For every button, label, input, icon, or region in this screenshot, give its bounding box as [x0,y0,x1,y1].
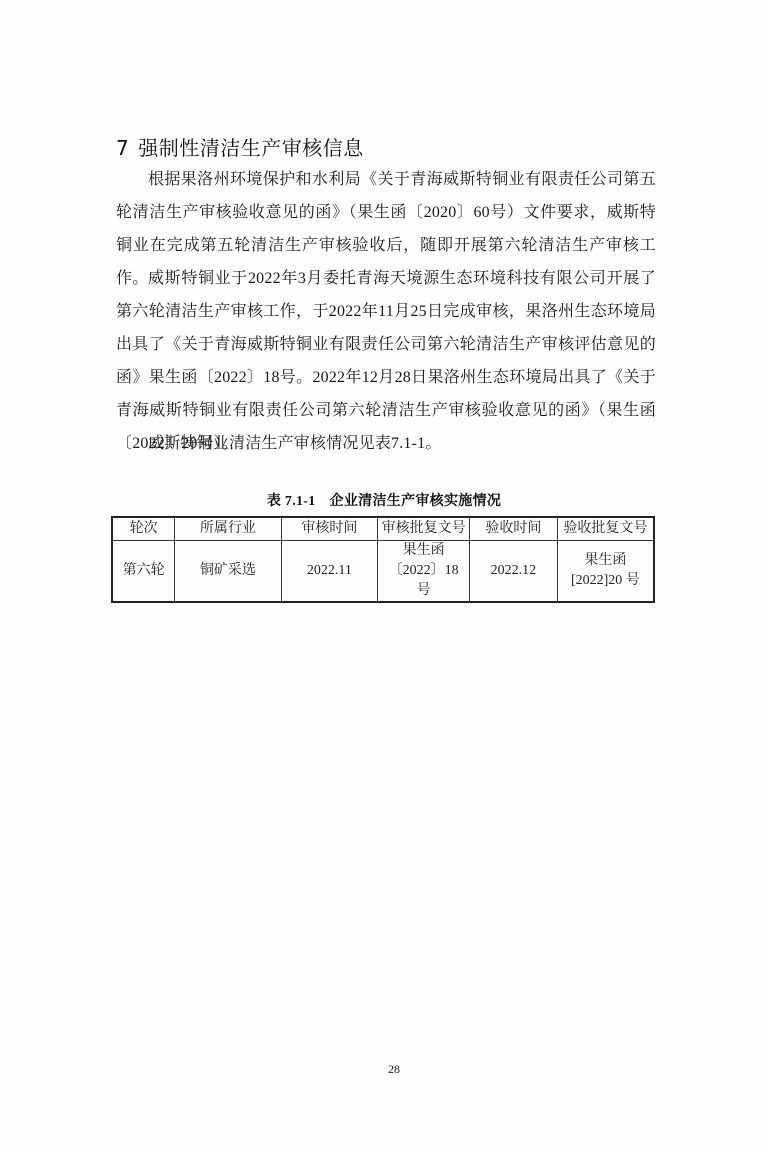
table-caption-number: 表 7.1-1 [267,494,316,509]
header-audit-time: 审核时间 [281,517,378,541]
header-acceptance-time: 验收时间 [470,517,558,541]
cell-audit-approval-no: 果生函〔2022〕18 号 [378,541,470,603]
section-title: 强制性清洁生产审核信息 [138,136,364,160]
header-industry: 所属行业 [175,517,281,541]
cell-acceptance-time: 2022.12 [470,541,558,603]
header-round: 轮次 [112,517,175,541]
paragraph-table-reference: 威斯特铜业清洁生产审核情况见表7.1-1。 [116,427,656,460]
section-heading: 7强制性清洁生产审核信息 [116,132,364,161]
cell-round: 第六轮 [112,541,175,603]
table-header-row: 轮次 所属行业 审核时间 审核批复文号 验收时间 验收批复文号 [112,517,654,541]
section-number: 7 [116,136,129,160]
cell-audit-time: 2022.11 [281,541,378,603]
table-caption-title: 企业清洁生产审核实施情况 [330,494,502,509]
document-page: 7强制性清洁生产审核信息 根据果洛州环境保护和水利局《关于青海威斯特铜业有限责任… [0,0,768,1152]
audit-table: 轮次 所属行业 审核时间 审核批复文号 验收时间 验收批复文号 第六轮 铜矿采选… [111,516,655,603]
header-acceptance-approval-no: 验收批复文号 [557,517,654,541]
cell-acceptance-approval-no: 果生函 [2022]20 号 [557,541,654,603]
table-caption: 表 7.1-1企业清洁生产审核实施情况 [0,490,768,510]
page-number: 28 [0,1062,768,1077]
paragraph-text: 威斯特铜业清洁生产审核情况见表7.1-1。 [116,427,656,460]
table-row: 第六轮 铜矿采选 2022.11 果生函〔2022〕18 号 2022.12 果… [112,541,654,603]
cell-industry: 铜矿采选 [175,541,281,603]
header-audit-approval-no: 审核批复文号 [378,517,470,541]
